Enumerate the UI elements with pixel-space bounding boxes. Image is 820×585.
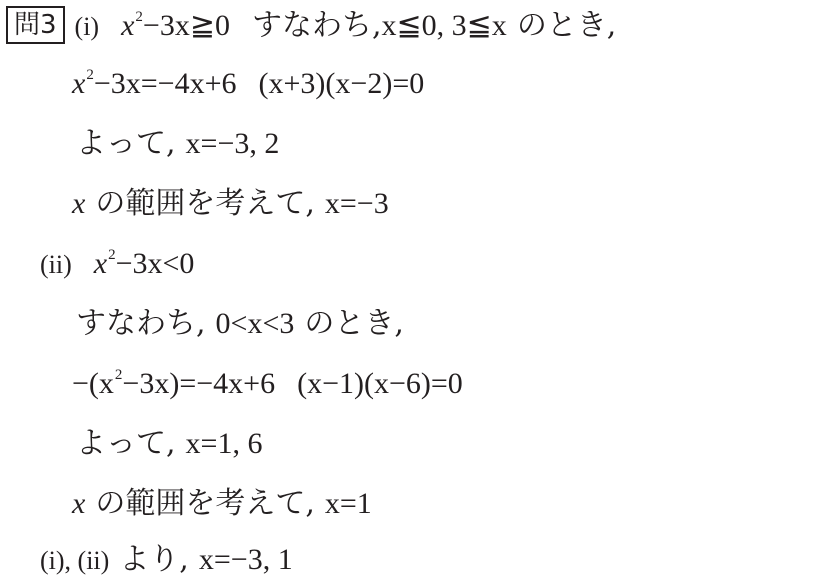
- case2-exponent: 2: [108, 247, 116, 263]
- line-case1-range: xの範囲を考えて,x=−3: [72, 184, 389, 224]
- case1-yotte: よって,: [76, 126, 176, 161]
- line-case2-solution: よって,x=1, 6: [76, 424, 262, 464]
- case2-range-solution: x=1: [325, 487, 372, 520]
- conclusion-answer: x=−3, 1: [199, 543, 293, 576]
- case2-label: (ii): [40, 250, 72, 279]
- line-case2-range: xの範囲を考えて,x=1: [72, 484, 372, 524]
- case1-label: (i): [75, 12, 100, 41]
- case2-tail: のとき,: [304, 306, 404, 341]
- case1-solution: x=−3, 2: [186, 127, 280, 160]
- case1-range-solution: x=−3: [325, 187, 389, 220]
- conclusion-labels: (i), (ii): [40, 546, 109, 575]
- line-case1-solution: よって,x=−3, 2: [76, 124, 279, 164]
- case1-exponent: 2: [135, 9, 143, 25]
- case2-eq-prefix: −(x: [72, 367, 114, 400]
- case1-range: x≦0, 3≦x: [382, 9, 507, 42]
- line-case2-condition: (ii)x2−3x<0: [40, 244, 194, 284]
- case1-inequality: −3x≧0: [143, 9, 230, 42]
- line-case2-restate: すなわち,0<x<3のとき,: [76, 304, 404, 344]
- case1-eq-var: x: [72, 67, 85, 100]
- problem-label: 問3: [6, 6, 65, 44]
- case2-yotte: よって,: [76, 426, 176, 461]
- case2-range-var: x: [72, 487, 85, 520]
- case1-tail: のとき,: [517, 8, 617, 43]
- case2-factored: (x−1)(x−6)=0: [297, 367, 463, 400]
- case2-inequality: −3x<0: [116, 247, 195, 280]
- line-case1-condition: 問3(i)x2−3x≧0すなわち,x≦0, 3≦xのとき,: [6, 6, 616, 46]
- case2-eq-rest: −3x)=−4x+6: [122, 367, 275, 400]
- line-conclusion: (i), (ii)より,x=−3, 1: [40, 540, 293, 580]
- line-case2-equation: −(x2−3x)=−4x+6(x−1)(x−6)=0: [72, 364, 463, 404]
- case2-var: x: [94, 247, 107, 280]
- case1-range-text: の範囲を考えて,: [95, 186, 315, 221]
- case2-range-text: の範囲を考えて,: [95, 486, 315, 521]
- case2-sunawachi: すなわち,: [76, 306, 206, 341]
- case1-eq-exponent: 2: [86, 67, 94, 83]
- conclusion-yori: より,: [119, 542, 189, 577]
- case1-factored: (x+3)(x−2)=0: [259, 67, 425, 100]
- case2-eq-exponent: 2: [115, 367, 123, 383]
- case1-eq-rest: −3x=−4x+6: [94, 67, 237, 100]
- case1-range-var: x: [72, 187, 85, 220]
- line-case1-equation: x2−3x=−4x+6(x+3)(x−2)=0: [72, 64, 424, 104]
- case1-sunawachi: すなわち,: [252, 8, 382, 43]
- case1-var: x: [121, 9, 134, 42]
- case2-range: 0<x<3: [216, 307, 295, 340]
- case2-solution: x=1, 6: [186, 427, 263, 460]
